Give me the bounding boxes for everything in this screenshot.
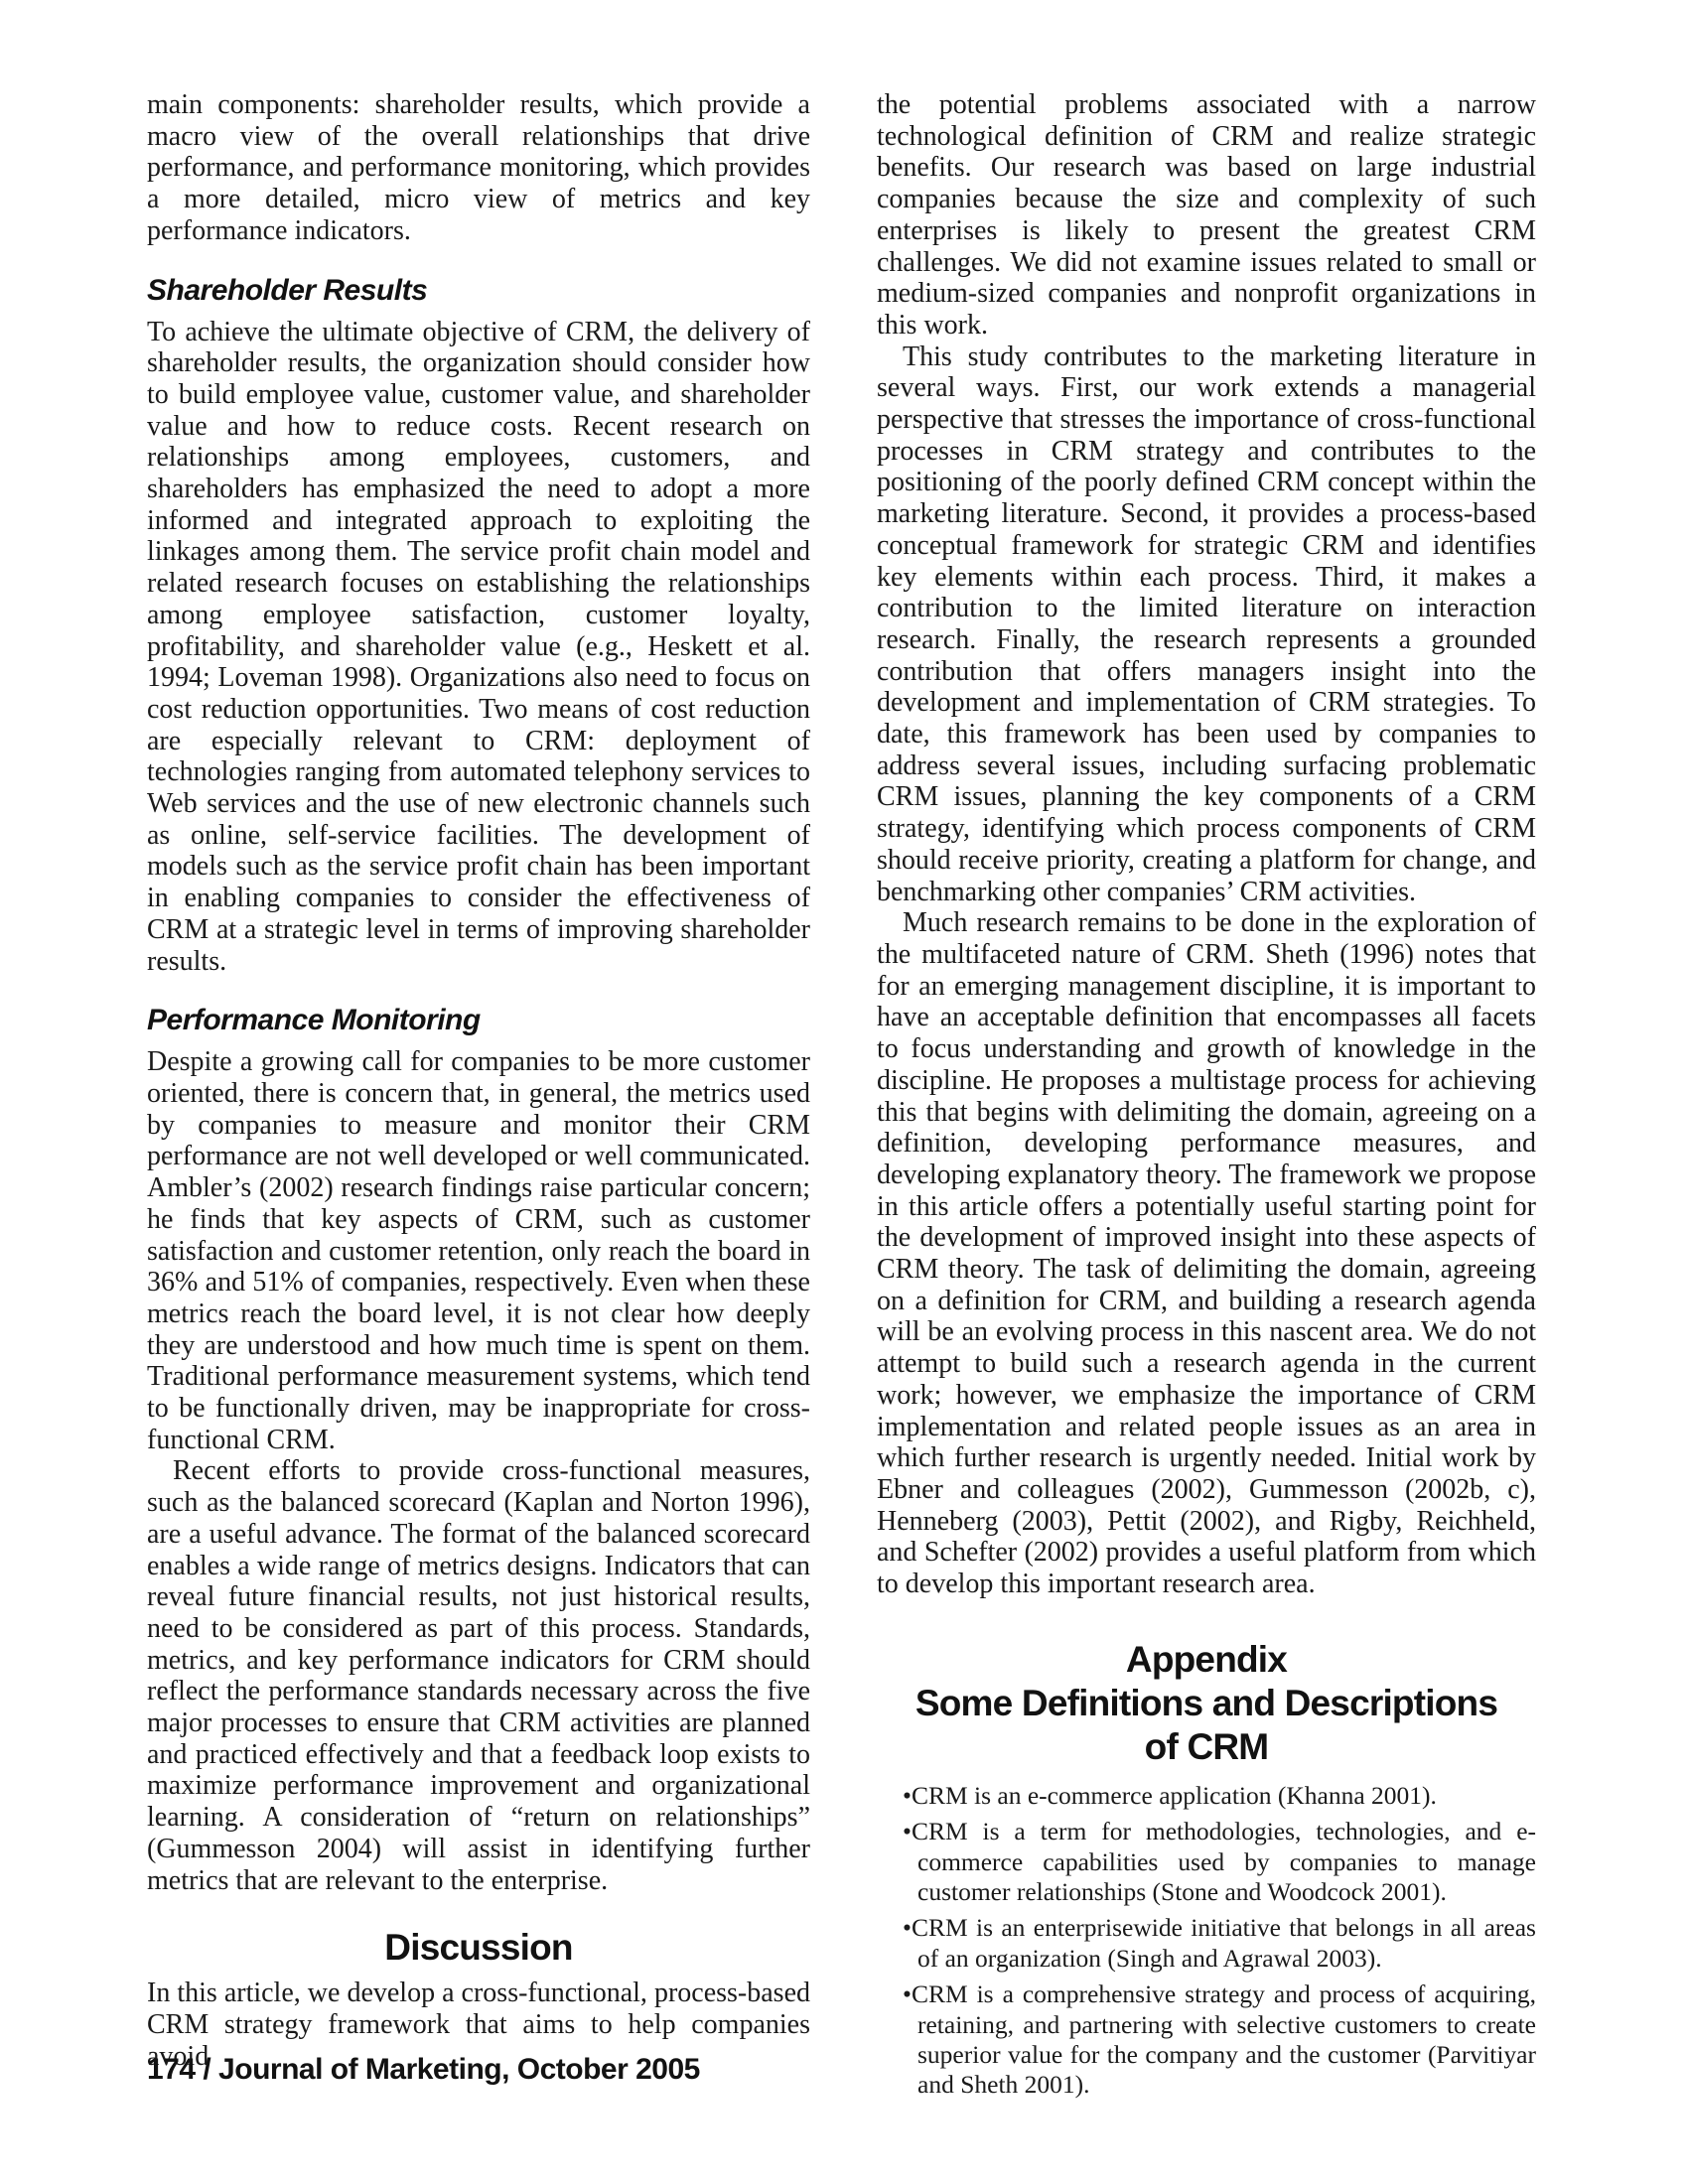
appendix-heading: Appendix Some Definitions and Descriptio… (877, 1638, 1536, 1769)
appendix-heading-line: Some Definitions and Descriptions (877, 1682, 1536, 1725)
right-column: the potential problems associated with a… (877, 89, 1536, 2101)
journal-article-page: main components: shareholder results, wh… (0, 0, 1688, 2184)
bullet-icon: • (903, 1781, 912, 1810)
list-item: •CRM is a term for methodologies, techno… (903, 1817, 1536, 1907)
appendix-heading-line: Appendix (877, 1638, 1536, 1682)
definition-text: CRM is a term for methodologies, technol… (912, 1817, 1536, 1906)
page-footer: 174 / Journal of Marketing, October 2005 (147, 2053, 700, 2087)
list-item: •CRM is an e-commerce application (Khann… (903, 1781, 1536, 1811)
list-item: •CRM is an enterprisewide initiative tha… (903, 1913, 1536, 1974)
paragraph: Much research remains to be done in the … (877, 907, 1536, 1599)
left-column: main components: shareholder results, wh… (147, 89, 810, 2072)
bullet-icon: • (903, 1817, 912, 1845)
definition-text: CRM is a comprehensive strategy and proc… (912, 1979, 1536, 2099)
paragraph: To achieve the ultimate objective of CRM… (147, 317, 810, 978)
paragraph: This study contributes to the marketing … (877, 341, 1536, 908)
definition-text: CRM is an e-commerce application (Khanna… (912, 1781, 1437, 1810)
continued-paragraph: the potential problems associated with a… (877, 89, 1536, 341)
crm-definitions-list: •CRM is an e-commerce application (Khann… (903, 1781, 1536, 2101)
continued-paragraph: main components: shareholder results, wh… (147, 89, 810, 247)
paragraph: Recent efforts to provide cross-function… (147, 1455, 810, 1896)
section-heading-shareholder-results: Shareholder Results (147, 274, 810, 308)
discussion-heading: Discussion (147, 1926, 810, 1970)
bullet-icon: • (903, 1979, 912, 2008)
paragraph: Despite a growing call for companies to … (147, 1046, 810, 1455)
bullet-icon: • (903, 1913, 912, 1942)
appendix-heading-line: of CRM (877, 1725, 1536, 1769)
section-heading-performance-monitoring: Performance Monitoring (147, 1004, 810, 1037)
list-item: •CRM is a comprehensive strategy and pro… (903, 1979, 1536, 2101)
definition-text: CRM is an enterprisewide initiative that… (912, 1913, 1536, 1972)
